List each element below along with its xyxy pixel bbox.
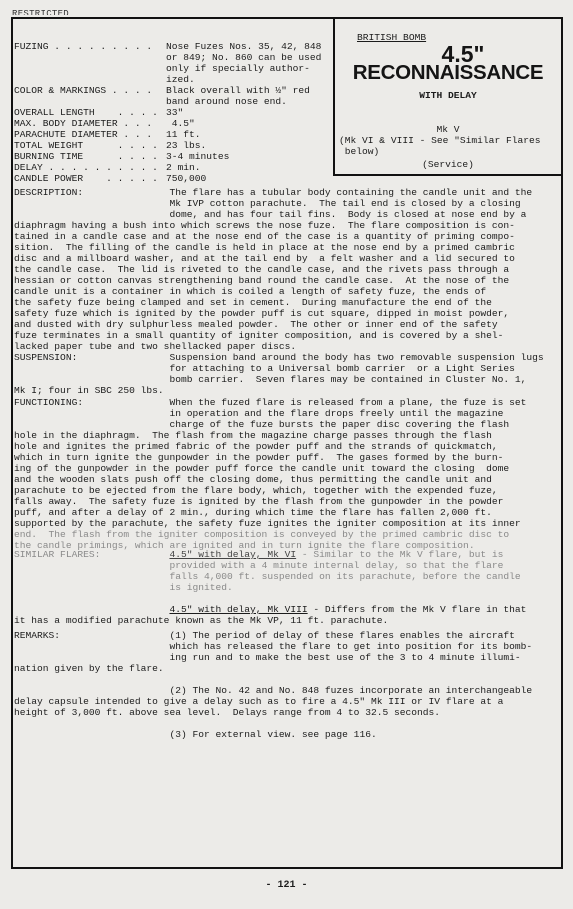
spec-value: 2 min. [166,162,332,173]
similar-flares-section: SIMILAR FLARES: 4.5" with delay, Mk VI -… [14,549,554,626]
similar-flare-mk8: 4.5" with delay, Mk VIII - Differs from … [14,604,554,626]
spec-value: 11 ft. [166,129,332,140]
similar-flares-heading: SIMILAR FLARES: [14,549,100,560]
spec-value: 3-4 minutes [166,151,332,162]
title-box: BRITISH BOMB 4.5" RECONNAISSANCE WITH DE… [333,19,561,176]
mk8-title: 4.5" with delay, Mk VIII [169,604,307,615]
bomb-name: RECONNAISSANCE [335,61,561,85]
classification-marking: RESTRICTED [12,8,69,15]
spec-value: 750,000 [166,173,332,184]
specifications-list: FUZING . . . . . . . . .Nose Fuzes Nos. … [14,41,332,184]
spec-value: 4.5" [166,118,332,129]
description-heading: DESCRIPTION: [14,187,83,198]
spec-row: COLOR & MARKINGS . . . .Black overall wi… [14,85,332,107]
spec-label: TOTAL WEIGHT . . . . [14,140,166,151]
functioning-text-faded: end. The flash from the igniter composit… [14,529,554,551]
spec-row: BURNING TIME . . . .3-4 minutes [14,151,332,162]
suspension-heading: SUSPENSION: [14,352,77,363]
service-status: (Service) [335,159,561,170]
suspension-section: SUSPENSION: Suspension band around the b… [14,352,554,396]
spec-label: BURNING TIME . . . . [14,151,166,162]
bomb-subtitle: WITH DELAY [335,90,561,101]
spec-label: COLOR & MARKINGS . . . . [14,85,166,107]
page-number: - 121 - [0,880,573,891]
suspension-text: Suspension band around the body has two … [14,352,554,396]
similar-flares-note: (Mk VI & VIII - See "Similar Flares belo… [339,135,561,157]
functioning-section: FUNCTIONING: When the fuzed flare is rel… [14,397,554,551]
description-section: DESCRIPTION: The flare has a tubular bod… [14,187,554,352]
remark-1: (1) The period of delay of these flares … [14,630,554,674]
spec-label: MAX. BODY DIAMETER . . . [14,118,166,129]
mk6-title: 4.5" with delay, Mk VI [169,549,296,560]
remarks-section: REMARKS: (1) The period of delay of thes… [14,630,554,740]
remarks-heading: REMARKS: [14,630,60,641]
footer-rule [11,867,563,869]
spec-row: MAX. BODY DIAMETER . . . 4.5" [14,118,332,129]
spec-label: PARACHUTE DIAMETER . . . [14,129,166,140]
functioning-text: When the fuzed flare is released from a … [14,397,554,529]
remark-2: (2) The No. 42 and No. 848 fuzes incorpo… [14,685,554,718]
spec-value: 23 lbs. [166,140,332,151]
spec-value: 33" [166,107,332,118]
spec-row: TOTAL WEIGHT . . . .23 lbs. [14,140,332,151]
spec-row: OVERALL LENGTH . . . .33" [14,107,332,118]
spec-label: FUZING . . . . . . . . . [14,41,166,85]
spec-label: CANDLE POWER . . . . . [14,173,166,184]
functioning-heading: FUNCTIONING: [14,397,83,408]
spec-value: Black overall with ½" red band around no… [166,85,332,107]
spec-row: FUZING . . . . . . . . .Nose Fuzes Nos. … [14,41,332,85]
spec-row: DELAY . . . . . . . . . .2 min. [14,162,332,173]
description-text: The flare has a tubular body containing … [14,187,554,352]
spec-row: CANDLE POWER . . . . .750,000 [14,173,332,184]
spec-label: DELAY . . . . . . . . . . [14,162,166,173]
spec-row: PARACHUTE DIAMETER . . .11 ft. [14,129,332,140]
spec-label: OVERALL LENGTH . . . . [14,107,166,118]
remark-3: (3) For external view. see page 116. [14,729,554,740]
bomb-mark: Mk V [335,124,561,135]
spec-value: Nose Fuzes Nos. 35, 42, 848 or 849; No. … [166,41,332,85]
